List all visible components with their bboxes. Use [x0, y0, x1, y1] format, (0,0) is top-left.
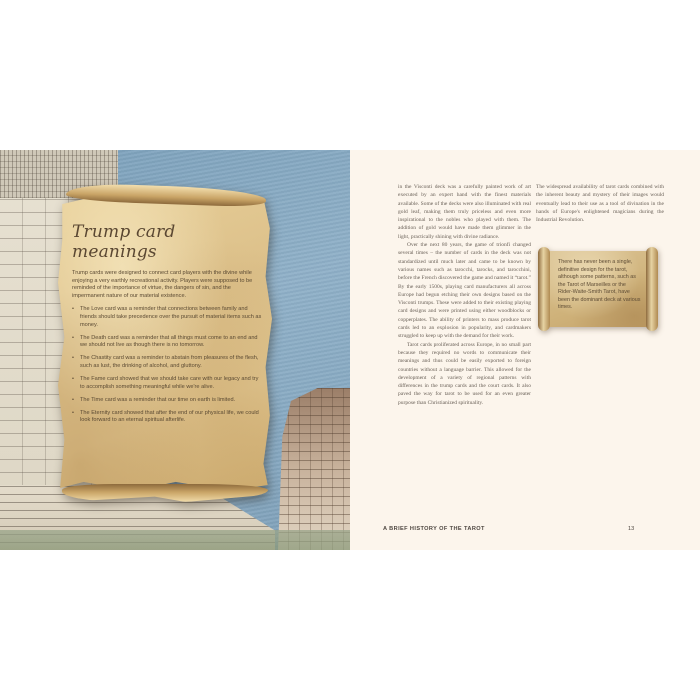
paragraph: in the Visconti deck was a carefully pai…: [398, 183, 531, 241]
paragraph: The widespread availability of tarot car…: [536, 183, 664, 224]
trump-card-scroll: Trump card meanings Trump cards were des…: [58, 192, 272, 494]
list-item-chastity-card: The Chastity card was a reminder to abst…: [72, 355, 262, 370]
scroll-title: Trump card meanings: [72, 222, 262, 262]
list-item-eternity-card: The Eternity card showed that after the …: [72, 410, 262, 425]
scroll-roll-right: [646, 247, 658, 331]
scroll-intro: Trump cards were designed to connect car…: [72, 270, 262, 300]
paragraph: Over the next 80 years, the game of trio…: [398, 241, 531, 341]
body-column-2: The widespread availability of tarot car…: [536, 183, 664, 224]
grass-illustration: [0, 530, 350, 550]
scroll-content: Trump card meanings Trump cards were des…: [72, 222, 262, 431]
book-spread: Trump card meanings Trump cards were des…: [0, 150, 700, 550]
list-item-time-card: The Time card was a reminder that our ti…: [72, 397, 262, 405]
page-number: 13: [628, 526, 634, 532]
list-item-love-card: The Love card was a reminder that connec…: [72, 306, 262, 329]
trump-card-list: The Love card was a reminder that connec…: [72, 306, 262, 425]
paragraph: Tarot cards proliferated across Europe, …: [398, 341, 531, 407]
castle-tower-illustration: [278, 388, 350, 550]
callout-text: There has never been a single, definitiv…: [558, 259, 642, 312]
list-item-fame-card: The Fame card showed that we should take…: [72, 376, 262, 391]
scroll-roll-left: [538, 247, 550, 331]
right-page: in the Visconti deck was a carefully pai…: [350, 150, 700, 550]
list-item-death-card: The Death card was a reminder that all t…: [72, 335, 262, 350]
left-page: Trump card meanings Trump cards were des…: [0, 150, 350, 550]
running-footer-title: A BRIEF HISTORY OF THE TAROT: [383, 526, 485, 532]
callout-scroll: There has never been a single, definitiv…: [536, 247, 660, 331]
body-column-1: in the Visconti deck was a carefully pai…: [398, 183, 531, 407]
